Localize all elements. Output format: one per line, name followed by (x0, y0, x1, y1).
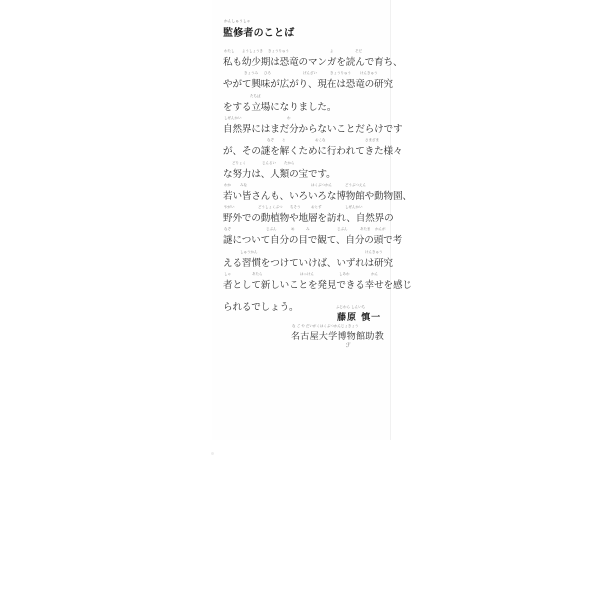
furigana: はくぶつかん (311, 183, 332, 188)
furigana: め (291, 227, 295, 232)
furigana: みな (240, 183, 247, 188)
body-line: 自然界にはまだ分からないことだらけです (223, 121, 402, 135)
furigana: わ (287, 116, 291, 121)
furigana: かんが (375, 227, 386, 232)
furigana: しぜんかい (345, 205, 363, 210)
furigana: きょうりゅう (330, 71, 351, 76)
furigana: けんきゅう (360, 71, 378, 76)
furigana: たちば (250, 94, 261, 99)
furigana: と (282, 138, 286, 143)
furigana: しあわ (339, 272, 350, 277)
furigana: ちそう (290, 205, 301, 210)
furigana: かん (371, 272, 378, 277)
scan-speck (211, 452, 214, 455)
body-line: 野外での動植物や地層を訪れ、自然界の (223, 210, 394, 224)
furigana: おとず (311, 205, 322, 210)
body-line: 謎について自分の目で観て、自分の頭で考 (223, 232, 402, 246)
signature-name: 藤原 慎一 (337, 310, 381, 323)
furigana: じぶん (266, 227, 277, 232)
furigana: きょうりゅう (268, 49, 289, 54)
furigana: なぞ (224, 227, 231, 232)
body-line: 者として新しいことを発見できる幸せを感じ (223, 277, 412, 291)
furigana: けんきゅう (365, 250, 383, 255)
body-line: 私も幼少期は恐竜のマンガを読んで育ち、 (223, 54, 402, 68)
furigana: あたま (360, 227, 371, 232)
furigana: やがい (224, 205, 235, 210)
furigana: わか (224, 183, 231, 188)
furigana: どりょく (232, 161, 246, 166)
furigana: きょうみ (244, 71, 258, 76)
furigana: そだ (355, 49, 362, 54)
furigana: しゃ (224, 272, 231, 277)
furigana: み (306, 227, 310, 232)
furigana: げんざい (303, 71, 317, 76)
body-line: をする立場になりました。 (223, 99, 336, 113)
furigana: ようしょうき (242, 49, 263, 54)
furigana: ひろ (264, 71, 271, 76)
furigana: わたし (224, 49, 235, 54)
page-title: 監修者のことば (223, 24, 294, 39)
furigana: しゅうかん (240, 250, 258, 255)
signature-mark-icon: ℱ (346, 342, 351, 349)
body-line: やがて興味が広がり、現在は恐竜の研究 (223, 76, 393, 90)
body-line: られるでしょう。 (223, 299, 298, 313)
furigana: じんるい (262, 161, 276, 166)
body-line: 若い皆さんも、いろいろな博物館や動物園、 (223, 188, 412, 202)
furigana: しぜんかい (224, 116, 242, 121)
furigana: どうぶつえん (345, 183, 366, 188)
furigana: はっけん (300, 272, 314, 277)
signature-affiliation: 名古屋大学博物館助教 (291, 329, 384, 342)
body-line: える習慣をつけていけば、いずれは研究 (223, 255, 393, 269)
furigana: たから (284, 161, 295, 166)
furigana: なぞ (267, 138, 274, 143)
furigana: よ (330, 49, 334, 54)
furigana: あたら (252, 272, 263, 277)
furigana: さまざま (365, 138, 379, 143)
body-line: が、その謎を解くために行われてきた様々 (223, 143, 402, 157)
furigana: じぶん (337, 227, 348, 232)
body-line: な努力は、人類の宝です。 (223, 166, 336, 180)
furigana: どうしょくぶつ (258, 205, 283, 210)
furigana: おこな (315, 138, 326, 143)
